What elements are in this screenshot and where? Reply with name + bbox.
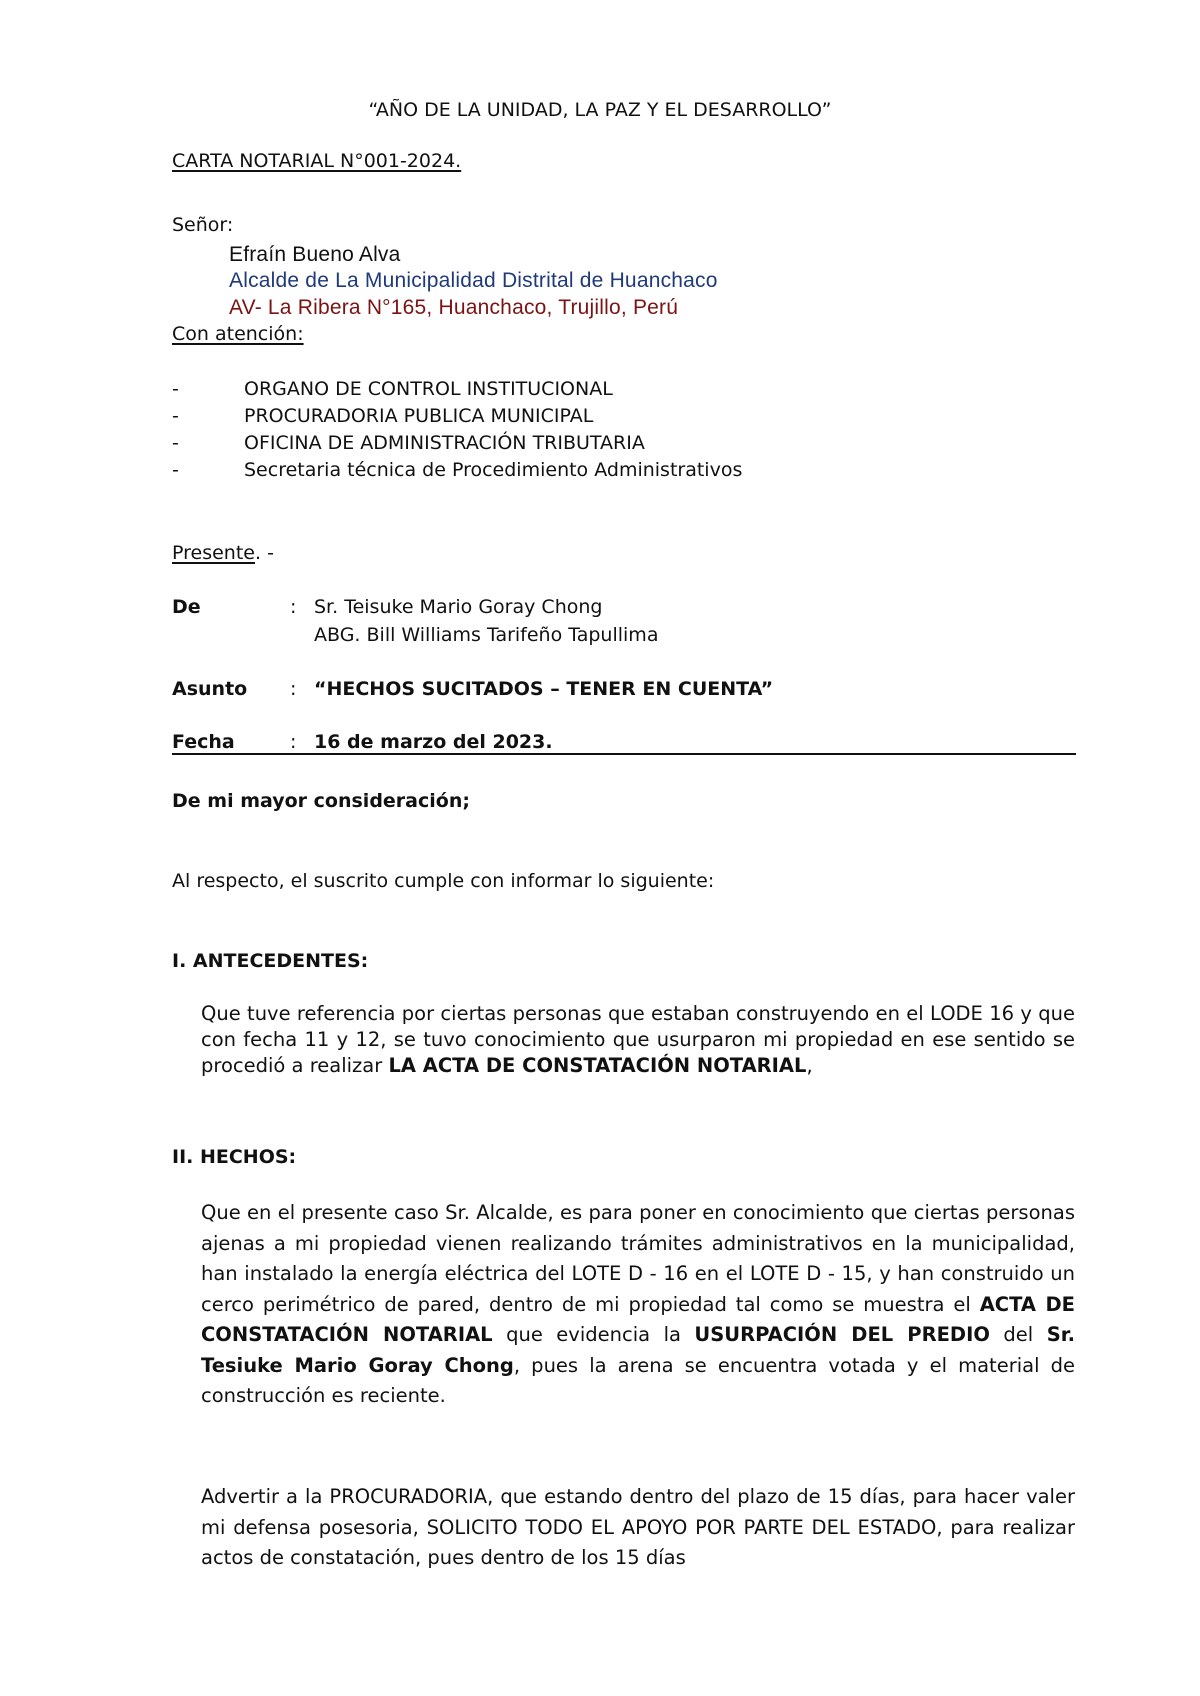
paragraph-text: Advertir a la PROCURADORIA, que estando … (201, 1482, 1075, 1574)
bold-text-run: USURPACIÓN DEL PREDIO (694, 1323, 990, 1346)
presente-suffix: . - (255, 542, 274, 564)
asunto-colon: : (290, 676, 296, 702)
paragraph-text: Que tuve referencia por ciertas personas… (201, 1001, 1075, 1079)
text-run: que evidencia la (493, 1323, 695, 1346)
fecha-label: Fecha (172, 729, 235, 755)
hechos-paragraph-1: Que en el presente caso Sr. Alcalde, es … (201, 1198, 1075, 1412)
recipient-position: Alcalde de La Municipalidad Distrital de… (229, 268, 718, 294)
motto-header: “AÑO DE LA UNIDAD, LA PAZ Y EL DESARROLL… (0, 97, 1200, 123)
de-colon: : (290, 594, 296, 620)
asunto-label: Asunto (172, 676, 247, 702)
sender-name: Sr. Teisuke Mario Goray Chong (314, 594, 602, 620)
recipient-name: Efraín Bueno Alva (229, 242, 401, 268)
sender-lawyer: ABG. Bill Williams Tarifeño Tapullima (314, 622, 658, 648)
field-de: De : Sr. Teisuke Mario Goray Chong ABG. … (172, 594, 972, 650)
hechos-paragraph-2: Advertir a la PROCURADORIA, que estando … (201, 1482, 1075, 1574)
salutation: Señor: (172, 212, 233, 238)
antecedentes-paragraph: Que tuve referencia por ciertas personas… (201, 1001, 1075, 1079)
letter-title: CARTA NOTARIAL N°001-2024. (172, 148, 461, 174)
header-divider (172, 753, 1076, 755)
attention-label: Con atención: (172, 321, 304, 347)
text-run: , (806, 1054, 812, 1077)
field-asunto: Asunto : “HECHOS SUCITADOS – TENER EN CU… (172, 676, 972, 704)
bold-text-run: LA ACTA DE CONSTATACIÓN NOTARIAL (388, 1054, 806, 1077)
greeting: De mi mayor consideración; (172, 788, 470, 814)
presente-line: Presente. - (172, 540, 274, 566)
document-page: “AÑO DE LA UNIDAD, LA PAZ Y EL DESARROLL… (0, 0, 1200, 1696)
de-label: De (172, 594, 201, 620)
recipient-address: AV- La Ribera N°165, Huanchaco, Trujillo… (229, 295, 678, 321)
text-run: Advertir a la PROCURADORIA, que estando … (201, 1485, 1075, 1569)
text-run: Que en el presente caso Sr. Alcalde, es … (201, 1201, 1075, 1316)
intro-text: Al respecto, el suscrito cumple con info… (172, 868, 714, 894)
fecha-colon: : (290, 729, 296, 755)
text-run: del (990, 1323, 1047, 1346)
presente-label: Presente (172, 542, 255, 564)
paragraph-text: Que en el presente caso Sr. Alcalde, es … (201, 1198, 1075, 1412)
section-heading-antecedentes: I. ANTECEDENTES: (172, 948, 368, 974)
attention-list: - ORGANO DE CONTROL INSTITUCIONAL - PROC… (172, 376, 972, 486)
section-heading-hechos: II. HECHOS: (172, 1144, 296, 1170)
asunto-value: “HECHOS SUCITADOS – TENER EN CUENTA” (314, 676, 773, 702)
fecha-value: 16 de marzo del 2023. (314, 729, 553, 755)
